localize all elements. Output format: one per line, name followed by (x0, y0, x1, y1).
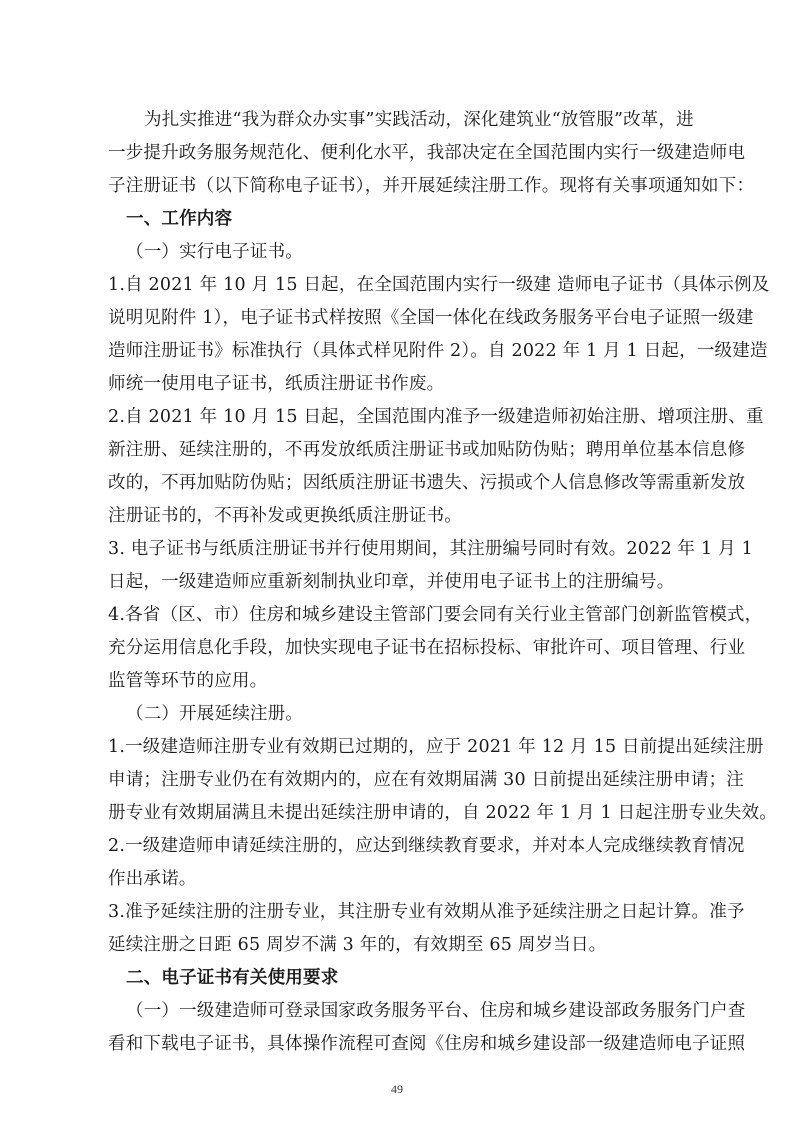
item-2-2-line-2: 作出承诺。 (108, 863, 688, 896)
intro-line-2: 一步提升政务服务规范化、便利化水平，我部决定在全国范围内实行一级建造师电 (108, 137, 688, 170)
item-1-3-line-2: 日起，一级建造师应重新刻制执业印章，并使用电子证书上的注册编号。 (108, 566, 688, 599)
subheading-2: （二）开展延续注册。 (108, 698, 688, 731)
item-1-1-line-2: 说明见附件 1），电子证书式样按照《全国一体化在线政务服务平台电子证照一级建 (108, 302, 688, 335)
section-heading-1: 一、工作内容 (108, 203, 688, 236)
item-1-2-line-4: 注册证书的，不再补发或更换纸质注册证书。 (108, 500, 688, 533)
final-line-1: （一）一级建造师可登录国家政务服务平台、住房和城乡建设部政务服务门户查 (108, 995, 688, 1028)
item-1-1-line-4: 师统一使用电子证书，纸质注册证书作废。 (108, 368, 688, 401)
item-1-2-line-3: 改的，不再加贴防伪贴；因纸质注册证书遗失、污损或个人信息修改等需重新发放 (108, 467, 688, 500)
item-1-4-line-3: 监管等环节的应用。 (108, 665, 688, 698)
final-line-2: 看和下载电子证书，具体操作流程可查阅《住房和城乡建设部一级建造师电子证照 (108, 1028, 688, 1061)
item-1-1-line-3: 造师注册证书》标准执行（具体式样见附件 2）。自 2022 年 1 月 1 日起… (108, 335, 688, 368)
page-number: 49 (0, 1082, 794, 1097)
item-2-1-line-1: 1.一级建造师注册专业有效期已过期的，应于 2021 年 12 月 15 日前提… (108, 731, 688, 764)
intro-line-3: 子注册证书（以下简称电子证书），并开展延续注册工作。现将有关事项通知如下： (108, 170, 688, 203)
item-1-1-line-1: 1.自 2021 年 10 月 15 日起，在全国范围内实行一级建 造师电子证书… (108, 269, 688, 302)
item-1-2-line-2: 新注册、延续注册的，不再发放纸质注册证书或加贴防伪贴；聘用单位基本信息修 (108, 434, 688, 467)
section-heading-2: 二、电子证书有关使用要求 (108, 962, 688, 995)
item-1-2-line-1: 2.自 2021 年 10 月 15 日起，全国范围内准予一级建造师初始注册、增… (108, 401, 688, 434)
item-2-2-line-1: 2.一级建造师申请延续注册的，应达到继续教育要求，并对本人完成继续教育情况 (108, 830, 688, 863)
item-1-4-line-2: 充分运用信息化手段，加快实现电子证书在招标投标、审批许可、项目管理、行业 (108, 632, 688, 665)
subheading-1: （一）实行电子证书。 (108, 236, 688, 269)
item-2-3-line-2: 延续注册之日距 65 周岁不满 3 年的，有效期至 65 周岁当日。 (108, 929, 688, 962)
item-1-4-line-1: 4.各省（区、市）住房和城乡建设主管部门要会同有关行业主管部门创新监管模式， (108, 599, 688, 632)
document-page: 为扎实推进“我为群众办实事”实践活动，深化建筑业“放管服”改革，进 一步提升政务… (108, 104, 688, 1061)
item-2-1-line-3: 册专业有效期届满且未提出延续注册申请的，自 2022 年 1 月 1 日起注册专… (108, 797, 688, 830)
item-1-3-line-1: 3. 电子证书与纸质注册证书并行使用期间，其注册编号同时有效。2022 年 1 … (108, 533, 688, 566)
item-2-1-line-2: 申请；注册专业仍在有效期内的，应在有效期届满 30 日前提出延续注册申请；注 (108, 764, 688, 797)
item-2-3-line-1: 3.准予延续注册的注册专业，其注册专业有效期从准予延续注册之日起计算。准予 (108, 896, 688, 929)
intro-line-1: 为扎实推进“我为群众办实事”实践活动，深化建筑业“放管服”改革，进 (108, 104, 688, 137)
